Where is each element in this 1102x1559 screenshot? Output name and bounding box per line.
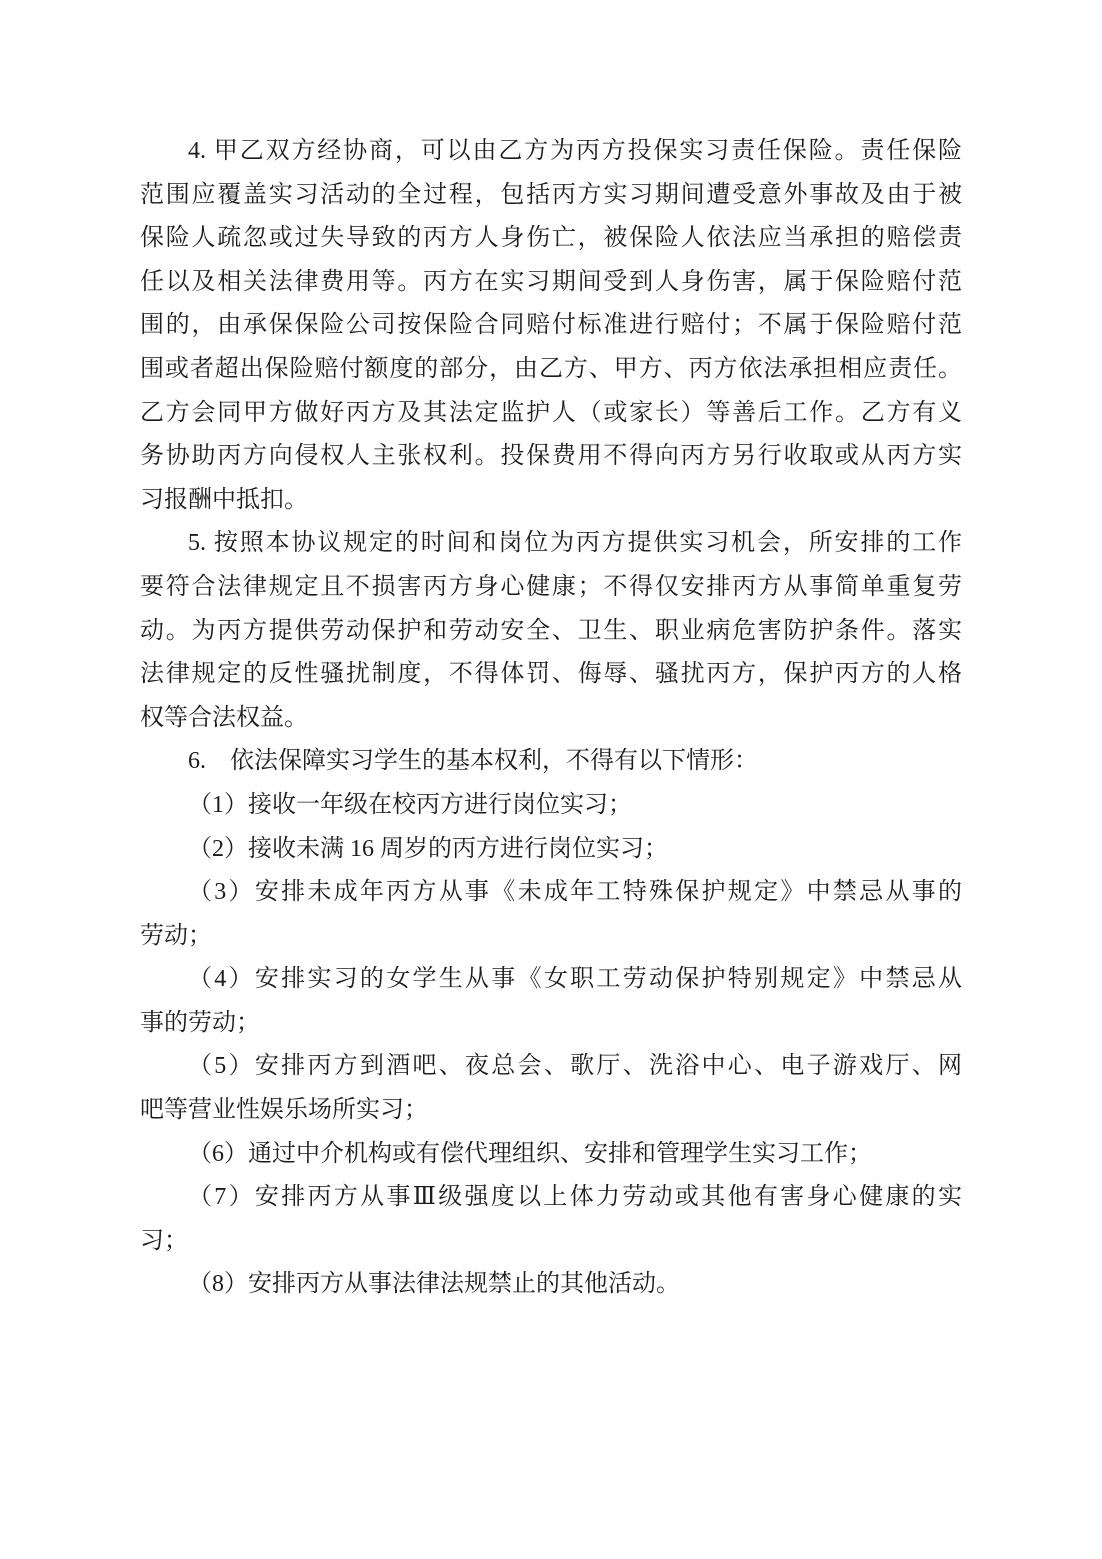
text-line: 4. 甲乙双方经协商，可以由乙方为丙方投保实习责任保险。责任保险 (140, 130, 962, 174)
text-line: （8）安排丙方从事法律法规禁止的其他活动。 (140, 1263, 962, 1307)
clause-6-item-2: （2）接收未满 16 周岁的丙方进行岗位实习； (140, 828, 962, 872)
text-line: 权等合法权益。 (140, 697, 962, 741)
text-line: （4）安排实习的女学生从事《女职工劳动保护特别规定》中禁忌从 (140, 958, 962, 1002)
text-line: 吧等营业性娱乐场所实习； (140, 1089, 962, 1133)
text-line: 任以及相关法律费用等。丙方在实习期间受到人身伤害，属于保险赔付范 (140, 261, 962, 305)
clause-6-item-7: （7）安排丙方从事Ⅲ级强度以上体力劳动或其他有害身心健康的实 习； (140, 1176, 962, 1263)
text-line: 事的劳动； (140, 1002, 962, 1046)
text-line: 要符合法律规定且不损害丙方身心健康；不得仅安排丙方从事简单重复劳 (140, 566, 962, 610)
clause-4: 4. 甲乙双方经协商，可以由乙方为丙方投保实习责任保险。责任保险 范围应覆盖实习… (140, 130, 962, 522)
text-line: 保险人疏忽或过失导致的丙方人身伤亡，被保险人依法应当承担的赔偿责 (140, 217, 962, 261)
clause-6-item-6: （6）通过中介机构或有偿代理组织、安排和管理学生实习工作； (140, 1133, 962, 1177)
text-line: （7）安排丙方从事Ⅲ级强度以上体力劳动或其他有害身心健康的实 (140, 1176, 962, 1220)
clause-6-item-3: （3）安排未成年丙方从事《未成年工特殊保护规定》中禁忌从事的 劳动； (140, 871, 962, 958)
clause-6-item-5: （5）安排丙方到酒吧、夜总会、歌厅、洗浴中心、电子游戏厅、网 吧等营业性娱乐场所… (140, 1045, 962, 1132)
text-line: 习； (140, 1220, 962, 1264)
text-line: 围或者超出保险赔付额度的部分，由乙方、甲方、丙方依法承担相应责任。 (140, 348, 962, 392)
text-line: 习报酬中抵扣。 (140, 479, 962, 523)
text-line: 务协助丙方向侵权人主张权利。投保费用不得向丙方另行收取或从丙方实 (140, 435, 962, 479)
text-line: （6）通过中介机构或有偿代理组织、安排和管理学生实习工作； (140, 1133, 962, 1177)
text-line: 动。为丙方提供劳动保护和劳动安全、卫生、职业病危害防护条件。落实 (140, 610, 962, 654)
text-line: 范围应覆盖实习活动的全过程，包括丙方实习期间遭受意外事故及由于被 (140, 174, 962, 218)
clause-6-header: 6. 依法保障实习学生的基本权利，不得有以下情形： (140, 740, 962, 784)
text-line: 劳动； (140, 915, 962, 959)
clause-6-item-1: （1）接收一年级在校丙方进行岗位实习； (140, 784, 962, 828)
text-line: 围的，由承保保险公司按保险合同赔付标准进行赔付；不属于保险赔付范 (140, 304, 962, 348)
clause-6-item-4: （4）安排实习的女学生从事《女职工劳动保护特别规定》中禁忌从 事的劳动； (140, 958, 962, 1045)
text-line: （5）安排丙方到酒吧、夜总会、歌厅、洗浴中心、电子游戏厅、网 (140, 1045, 962, 1089)
clause-6-item-8: （8）安排丙方从事法律法规禁止的其他活动。 (140, 1263, 962, 1307)
text-line: 法律规定的反性骚扰制度，不得体罚、侮辱、骚扰丙方，保护丙方的人格 (140, 653, 962, 697)
text-line: （3）安排未成年丙方从事《未成年工特殊保护规定》中禁忌从事的 (140, 871, 962, 915)
text-line: （2）接收未满 16 周岁的丙方进行岗位实习； (140, 828, 962, 872)
document-page: 4. 甲乙双方经协商，可以由乙方为丙方投保实习责任保险。责任保险 范围应覆盖实习… (140, 130, 962, 1307)
text-line: 6. 依法保障实习学生的基本权利，不得有以下情形： (140, 740, 962, 784)
clause-5: 5. 按照本协议规定的时间和岗位为丙方提供实习机会，所安排的工作 要符合法律规定… (140, 522, 962, 740)
text-line: 乙方会同甲方做好丙方及其法定监护人（或家长）等善后工作。乙方有义 (140, 392, 962, 436)
text-line: 5. 按照本协议规定的时间和岗位为丙方提供实习机会，所安排的工作 (140, 522, 962, 566)
text-line: （1）接收一年级在校丙方进行岗位实习； (140, 784, 962, 828)
